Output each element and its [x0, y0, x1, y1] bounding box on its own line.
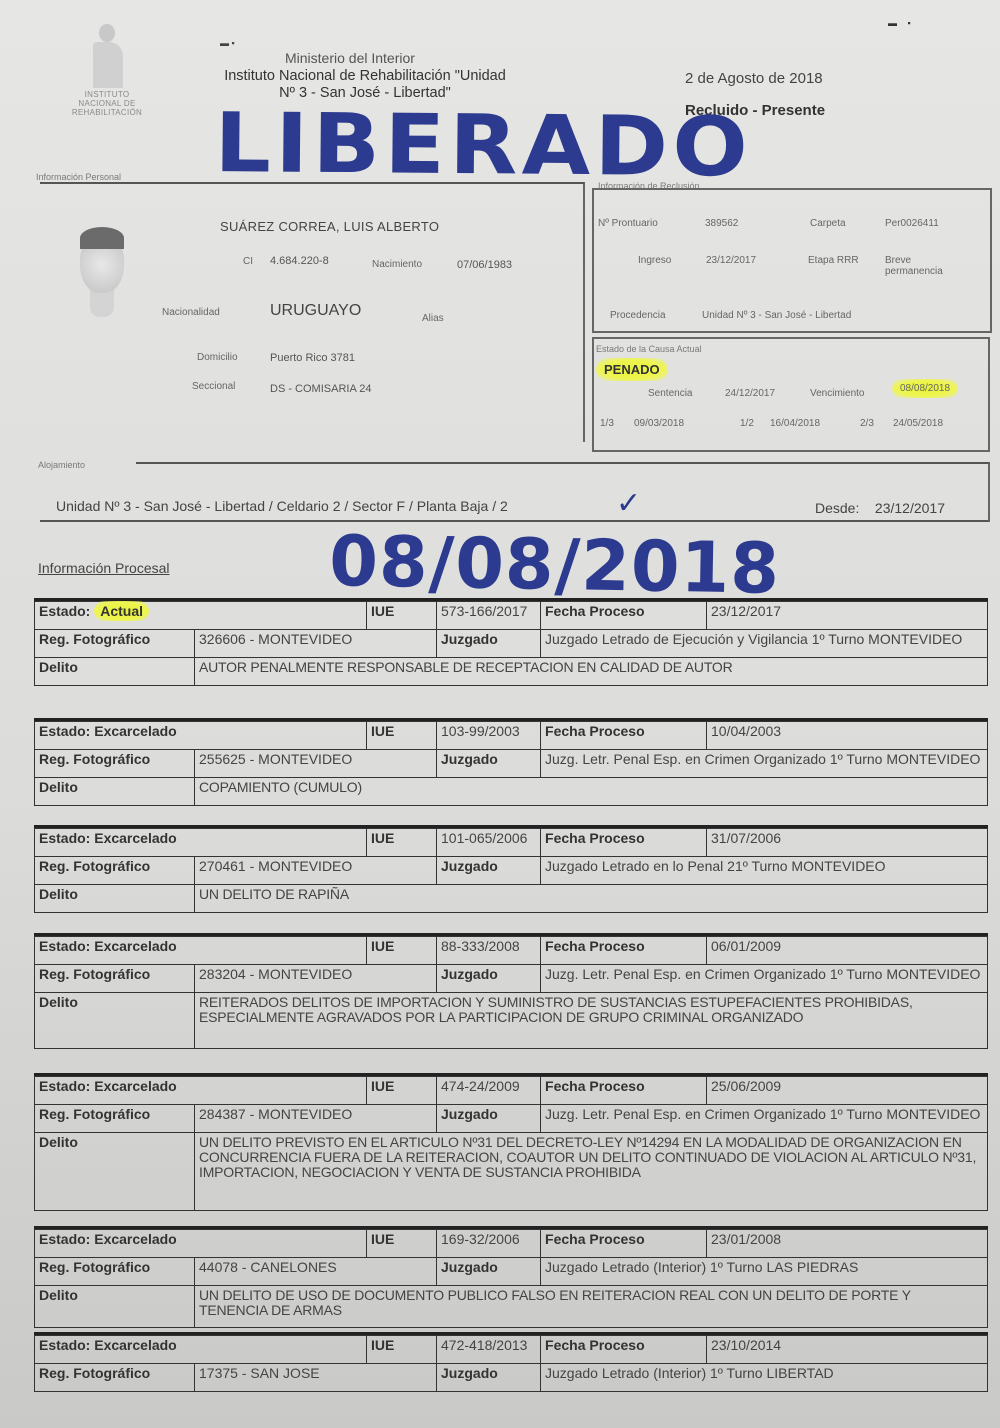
expiry-date-highlight: 08/08/2018: [892, 379, 958, 398]
procedural-record: Estado: Excarcelado IUE 169-32/2006 Fech…: [34, 1226, 988, 1328]
reg-foto-label: Reg. Fotográfico: [35, 1105, 195, 1133]
record-table: Estado: Excarcelado IUE 88-333/2008 Fech…: [34, 936, 988, 1049]
table-row: Estado: Excarcelado IUE 88-333/2008 Fech…: [35, 937, 988, 965]
reg-foto-value: 17375 - SAN JOSE: [195, 1364, 437, 1392]
logo-figure-icon: [87, 20, 127, 90]
delito-value: UN DELITO PREVISTO EN EL ARTICULO Nº31 D…: [195, 1133, 988, 1211]
delito-label: Delito: [35, 778, 195, 806]
procedencia-value: Unidad Nº 3 - San José - Libertad: [702, 310, 851, 321]
delito-label: Delito: [35, 1286, 195, 1328]
estado-value: Excarcelado: [94, 723, 177, 739]
juzgado-label: Juzgado: [437, 1258, 541, 1286]
delito-value: COPAMIENTO (Cumulo): [195, 778, 988, 806]
third-label: 1/3: [600, 418, 614, 429]
record-table: Estado: Excarcelado IUE 169-32/2006 Fech…: [34, 1229, 988, 1328]
juzgado-value: Juzgado Letrado de Ejecución y Vigilanci…: [541, 630, 988, 658]
prontuario-label: Nº Prontuario: [598, 218, 658, 229]
procedencia-label: Procedencia: [610, 310, 666, 321]
iue-value: 103-99/2003: [437, 722, 541, 750]
carpeta-label: Carpeta: [810, 218, 846, 229]
fecha-proceso-value: 25/06/2009: [707, 1077, 988, 1105]
table-row: Estado: Excarcelado IUE 101-065/2006 Fec…: [35, 829, 988, 857]
logo-line: INSTITUTO: [62, 90, 152, 99]
iue-value: 169-32/2006: [437, 1230, 541, 1258]
reg-foto-value: 270461 - MONTEVIDEO: [195, 857, 437, 885]
estado-cell: Estado: Excarcelado: [35, 722, 367, 750]
reg-foto-value: 283204 - MONTEVIDEO: [195, 965, 437, 993]
juzgado-value: Juzgado Letrado (Interior) 1º Turno LIBE…: [541, 1364, 988, 1392]
nationality-label: Nacionalidad: [162, 307, 220, 318]
juzgado-label: Juzgado: [437, 857, 541, 885]
checkmark-icon: ✓: [616, 486, 641, 521]
fecha-proceso-label: Fecha Proceso: [541, 722, 707, 750]
carpeta-value: Per0026411: [885, 218, 957, 229]
handwritten-release-date: 08/08/2018: [329, 520, 781, 610]
fecha-proceso-value: 06/01/2009: [707, 937, 988, 965]
delito-label: Delito: [35, 993, 195, 1049]
fecha-proceso-value: 23/12/2017: [707, 602, 988, 630]
iue-label: IUE: [367, 937, 437, 965]
estado-label: Estado:: [39, 830, 90, 846]
half-label: 1/2: [740, 418, 754, 429]
precinct-label: Seccional: [192, 381, 235, 392]
iue-value: 101-065/2006: [437, 829, 541, 857]
personal-info-label: Información Personal: [36, 172, 121, 182]
iue-label: IUE: [367, 1336, 437, 1364]
iue-value: 472-418/2013: [437, 1336, 541, 1364]
iue-label: IUE: [367, 829, 437, 857]
third-date: 09/03/2018: [634, 418, 684, 429]
reg-foto-value: 284387 - MONTEVIDEO: [195, 1105, 437, 1133]
estado-value: Excarcelado: [94, 938, 177, 954]
delito-label: Delito: [35, 885, 195, 913]
etapa-label: Etapa RRR: [808, 255, 859, 266]
birth-date: 07/06/1983: [457, 259, 512, 271]
table-row: Delito UN DELITO DE RAPIÑA: [35, 885, 988, 913]
since-date: 23/12/2017: [875, 500, 945, 516]
estado-value: Excarcelado: [94, 830, 177, 846]
juzgado-value: Juzgado Letrado en lo Penal 21º Turno MO…: [541, 857, 988, 885]
table-row: Reg. Fotográfico 255625 - MONTEVIDEO Juz…: [35, 750, 988, 778]
sentence-label: Sentencia: [648, 388, 692, 399]
institute-logo: INSTITUTO NACIONAL DE REHABILITACIÓN: [62, 20, 152, 140]
nationality-value: URUGUAYO: [270, 302, 361, 320]
half-date: 16/04/2018: [770, 418, 820, 429]
reg-foto-value: 44078 - CANELONES: [195, 1258, 437, 1286]
sentence-date: 24/12/2017: [725, 388, 775, 399]
procedural-record: Estado: Excarcelado IUE 103-99/2003 Fech…: [34, 718, 988, 806]
precinct-value: DS - COMISARIA 24: [270, 383, 371, 395]
iue-label: IUE: [367, 1230, 437, 1258]
document-date: 2 de Agosto de 2018: [685, 70, 823, 87]
expiry-label: Vencimiento: [810, 388, 864, 399]
iue-label: IUE: [367, 722, 437, 750]
birth-label: Nacimiento: [372, 259, 422, 270]
juzgado-label: Juzgado: [437, 1105, 541, 1133]
table-row: Delito AUTOR PENALMENTE RESPONSABLE DE R…: [35, 658, 988, 686]
record-table: Estado: Actual IUE 573-166/2017 Fecha Pr…: [34, 601, 988, 686]
logo-line: REHABILITACIÓN: [62, 108, 152, 117]
estado-cell: Estado: Excarcelado: [35, 1077, 367, 1105]
fecha-proceso-label: Fecha Proceso: [541, 937, 707, 965]
reg-foto-label: Reg. Fotográfico: [35, 1364, 195, 1392]
fecha-proceso-label: Fecha Proceso: [541, 1230, 707, 1258]
two-thirds-label: 2/3: [860, 418, 874, 429]
estado-label: Estado:: [39, 1231, 90, 1247]
fecha-proceso-value: 23/10/2014: [707, 1336, 988, 1364]
delito-label: Delito: [35, 1133, 195, 1211]
address-label: Domicilio: [197, 352, 238, 363]
table-row: Reg. Fotográfico 17375 - SAN JOSE Juzgad…: [35, 1364, 988, 1392]
record-table: Estado: Excarcelado IUE 472-418/2013 Fec…: [34, 1335, 988, 1392]
juzgado-value: Juzg. Letr. Penal Esp. en Crimen Organiz…: [541, 1105, 988, 1133]
estado-value: Excarcelado: [94, 1231, 177, 1247]
fecha-proceso-label: Fecha Proceso: [541, 1336, 707, 1364]
reg-foto-label: Reg. Fotográfico: [35, 750, 195, 778]
estado-cell: Estado: Excarcelado: [35, 1336, 367, 1364]
ministry-name: Ministerio del Interior: [285, 50, 415, 66]
iue-value: 573-166/2017: [437, 602, 541, 630]
estado-label: Estado:: [39, 1078, 90, 1094]
ci-label: CI: [243, 256, 253, 267]
iue-value: 474-24/2009: [437, 1077, 541, 1105]
table-row: Reg. Fotográfico 44078 - CANELONES Juzga…: [35, 1258, 988, 1286]
procedural-record: Estado: Excarcelado IUE 472-418/2013 Fec…: [34, 1332, 988, 1392]
table-row: Estado: Excarcelado IUE 169-32/2006 Fech…: [35, 1230, 988, 1258]
delito-value: AUTOR PENALMENTE RESPONSABLE DE RECEPTAC…: [195, 658, 988, 686]
inmate-name: SUÁREZ CORREA, LUIS ALBERTO: [220, 219, 439, 234]
prontuario-value: 389562: [705, 218, 738, 229]
juzgado-label: Juzgado: [437, 630, 541, 658]
inmate-photo: [70, 225, 140, 325]
reg-foto-label: Reg. Fotográfico: [35, 857, 195, 885]
fecha-proceso-value: 10/04/2003: [707, 722, 988, 750]
housing-label: Alojamiento: [38, 460, 85, 470]
table-row: Delito COPAMIENTO (Cumulo): [35, 778, 988, 806]
ingreso-label: Ingreso: [638, 255, 671, 266]
iue-value: 88-333/2008: [437, 937, 541, 965]
procedural-record: Estado: Excarcelado IUE 88-333/2008 Fech…: [34, 933, 988, 1049]
case-status-highlight: PENADO: [596, 358, 668, 381]
estado-cell: Estado: Excarcelado: [35, 937, 367, 965]
table-row: Delito UN DELITO PREVISTO EN EL ARTICULO…: [35, 1133, 988, 1211]
estado-value: Excarcelado: [94, 1078, 177, 1094]
reg-foto-label: Reg. Fotográfico: [35, 1258, 195, 1286]
table-row: Reg. Fotográfico 284387 - MONTEVIDEO Juz…: [35, 1105, 988, 1133]
alias-label: Alias: [422, 313, 444, 324]
iue-label: IUE: [367, 1077, 437, 1105]
etapa-value: Breve permanencia: [885, 255, 957, 277]
juzgado-label: Juzgado: [437, 1364, 541, 1392]
record-table: Estado: Excarcelado IUE 101-065/2006 Fec…: [34, 828, 988, 913]
housing-since: Desde: 23/12/2017: [815, 500, 945, 516]
iue-label: IUE: [367, 602, 437, 630]
table-row: Estado: Excarcelado IUE 472-418/2013 Fec…: [35, 1336, 988, 1364]
case-status: PENADO: [596, 362, 668, 377]
juzgado-value: Juzg. Letr. Penal Esp. en Crimen Organiz…: [541, 750, 988, 778]
reg-foto-label: Reg. Fotográfico: [35, 630, 195, 658]
table-row: Reg. Fotográfico 283204 - MONTEVIDEO Juz…: [35, 965, 988, 993]
estado-cell: Estado: Excarcelado: [35, 829, 367, 857]
estado-label: Estado:: [39, 603, 90, 619]
table-row: Delito REITERADOS DELITOS DE IMPORTACION…: [35, 993, 988, 1049]
procedural-record: Estado: Excarcelado IUE 474-24/2009 Fech…: [34, 1073, 988, 1211]
since-label: Desde: [815, 500, 855, 516]
procedural-title: Información Procesal: [38, 560, 170, 576]
fecha-proceso-label: Fecha Proceso: [541, 602, 707, 630]
address-value: Puerto Rico 3781: [270, 352, 355, 364]
document-page: INSTITUTO NACIONAL DE REHABILITACIÓN ▬ ▪…: [0, 0, 1000, 1428]
table-row: Reg. Fotográfico 270461 - MONTEVIDEO Juz…: [35, 857, 988, 885]
table-row: Delito UN DELITO DE USO DE DOCUMENTO PUB…: [35, 1286, 988, 1328]
table-row: Reg. Fotográfico 326606 - MONTEVIDEO Juz…: [35, 630, 988, 658]
logo-line: NACIONAL DE: [62, 99, 152, 108]
juzgado-label: Juzgado: [437, 750, 541, 778]
estado-label: Estado:: [39, 723, 90, 739]
reg-foto-value: 326606 - MONTEVIDEO: [195, 630, 437, 658]
estado-cell: Estado: Excarcelado: [35, 1230, 367, 1258]
record-table: Estado: Excarcelado IUE 474-24/2009 Fech…: [34, 1076, 988, 1211]
fecha-proceso-value: 23/01/2008: [707, 1230, 988, 1258]
estado-cell: Estado: Actual: [35, 602, 367, 630]
fecha-proceso-label: Fecha Proceso: [541, 829, 707, 857]
fecha-proceso-value: 31/07/2006: [707, 829, 988, 857]
estado-label: Estado:: [39, 938, 90, 954]
estado-value: Excarcelado: [94, 1337, 177, 1353]
header-top-right-marks: ▬ ▪: [888, 18, 915, 28]
juzgado-label: Juzgado: [437, 965, 541, 993]
delito-value: UN DELITO DE RAPIÑA: [195, 885, 988, 913]
delito-value: UN DELITO DE USO DE DOCUMENTO PUBLICO FA…: [195, 1286, 988, 1328]
juzgado-value: Juzg. Letr. Penal Esp. en Crimen Organiz…: [541, 965, 988, 993]
header-marks: ▬ ▪: [220, 38, 235, 48]
housing-location: Unidad Nº 3 - San José - Libertad / Celd…: [56, 498, 508, 514]
record-table: Estado: Excarcelado IUE 103-99/2003 Fech…: [34, 721, 988, 806]
housing-divider: [40, 520, 140, 522]
expiry-date: 08/08/2018: [892, 383, 958, 394]
table-row: Estado: Excarcelado IUE 103-99/2003 Fech…: [35, 722, 988, 750]
delito-value: REITERADOS DELITOS DE IMPORTACION Y SUMI…: [195, 993, 988, 1049]
table-row: Estado: Actual IUE 573-166/2017 Fecha Pr…: [35, 602, 988, 630]
ingreso-value: 23/12/2017: [706, 255, 756, 266]
institute-line-1: Instituto Nacional de Rehabilitación "Un…: [185, 68, 545, 85]
two-thirds-date: 24/05/2018: [893, 418, 943, 429]
estado-label: Estado:: [39, 1337, 90, 1353]
fecha-proceso-label: Fecha Proceso: [541, 1077, 707, 1105]
table-row: Estado: Excarcelado IUE 474-24/2009 Fech…: [35, 1077, 988, 1105]
delito-label: Delito: [35, 658, 195, 686]
reg-foto-label: Reg. Fotográfico: [35, 965, 195, 993]
handwritten-liberado: LIBERADO: [214, 96, 752, 195]
reg-foto-value: 255625 - MONTEVIDEO: [195, 750, 437, 778]
juzgado-value: Juzgado Letrado (Interior) 1º Turno LAS …: [541, 1258, 988, 1286]
procedural-record: Estado: Actual IUE 573-166/2017 Fecha Pr…: [34, 598, 988, 686]
ci-value: 4.684.220-8: [270, 255, 329, 267]
estado-value: Actual: [94, 601, 149, 621]
procedural-record: Estado: Excarcelado IUE 101-065/2006 Fec…: [34, 825, 988, 913]
